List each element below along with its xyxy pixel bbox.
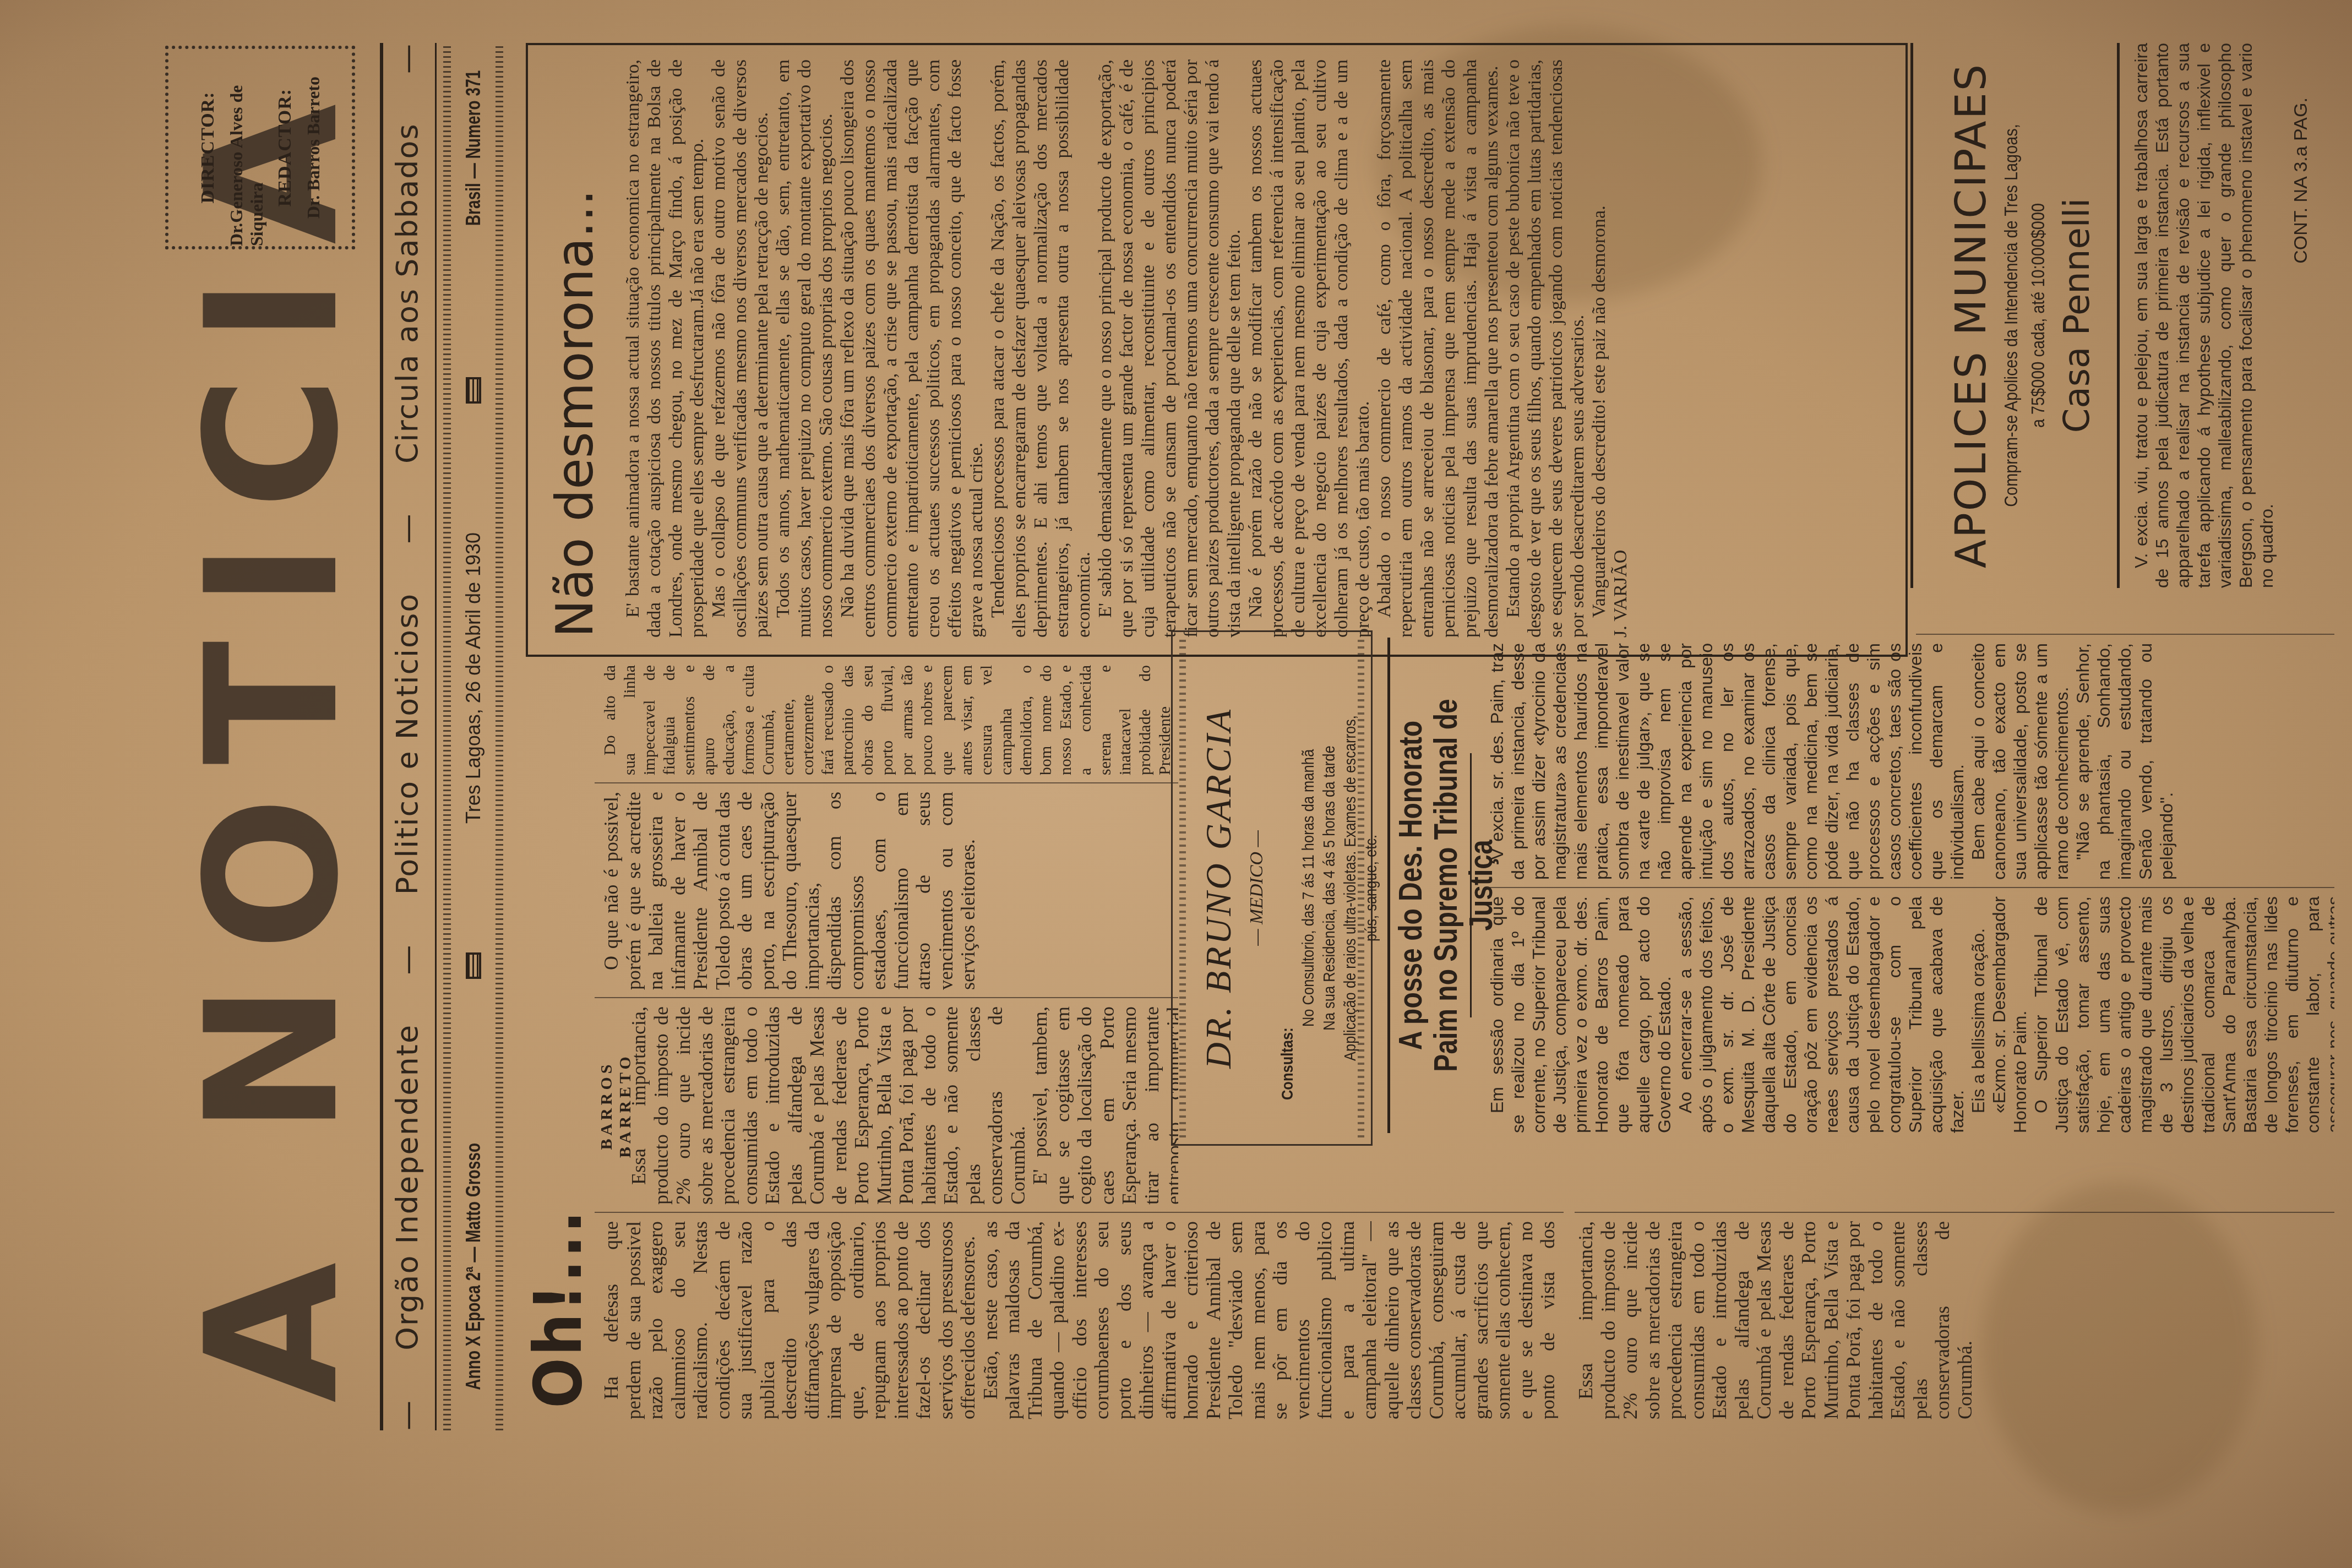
editor-label: REDACTOR:	[275, 89, 296, 206]
article-oh-column-1: Ha defesas que perdem de sua possivel ra…	[600, 1221, 1558, 1419]
masthead-rule-top	[380, 43, 383, 1430]
paragraph: Não ha duvida que mais fôra um reflexo d…	[837, 59, 987, 638]
masthead-rule-thin	[435, 43, 437, 1430]
masthead-title: A NOTICIA	[165, 258, 380, 1403]
paragraph: Ao encerrar-se a sessão, após o julgamen…	[1675, 896, 1968, 1133]
editor-name: Dr. Barros Barreto	[303, 77, 324, 219]
paragraph: V excia. sr. des. Paim, traz da primeira…	[1487, 643, 1968, 880]
rule	[1470, 753, 1472, 1017]
ad-doctor-name: DR. BRUNO GARCIA	[1198, 639, 1240, 1137]
paragraph: Essa importancia, producto do imposto de…	[1575, 1221, 1976, 1419]
edition-info: Anno X Epoca 2ª — Matto Grosso	[457, 1143, 490, 1390]
column-divider	[595, 997, 1178, 998]
article-oh-column-3: O que não é possivel, porém é que se acr…	[600, 792, 1173, 990]
article-nao-desmorona-headline: Não desmorona...	[545, 189, 606, 638]
masthead-subtitle: — Orgão Independente — Politico e Notici…	[385, 43, 429, 1430]
article-oh-headline: Oh!...	[526, 1208, 592, 1408]
ad-line: Na sua Residencia, das 4 ás 5 horas da t…	[1319, 676, 1340, 1100]
paragraph: Eis a bellissima oração.	[1968, 896, 1989, 1133]
paragraph: E' possivel, tambem, que se cogitasse em…	[1029, 1006, 1178, 1205]
paragraph: Em sessão ordinaria que se realizou no d…	[1487, 896, 1675, 1133]
article-oh-column-2: Essa importancia, producto do imposto de…	[628, 1006, 1178, 1205]
paragraph: V. excia. viu, tratou e pelejou, em sua …	[2131, 43, 2277, 588]
paragraph: Tendenciosos processos para atacar o che…	[987, 59, 1095, 638]
paragraph: Estando a propria Argentina com o seu ca…	[1502, 59, 1588, 638]
article-posse-headline: A posse do Des. Honorato Paim no Supremo…	[1393, 687, 1499, 1084]
column-divider	[595, 1212, 1564, 1213]
paragraph: Não é porém razão de não se modificar ta…	[1245, 59, 1374, 638]
ad-apolices-municipaes: APOLICES MUNICIPAES Compram-se Apolices …	[1910, 43, 2120, 588]
subtitle-independent: Orgão Independente	[385, 1024, 429, 1351]
paragraph: Vanguardeiros do descredito! este paiz n…	[1588, 59, 1610, 638]
flag-ornament-icon	[466, 952, 481, 979]
director-label: DIRECTOR:	[198, 92, 219, 204]
dash: —	[385, 513, 429, 543]
paragraph: Ha defesas que perdem de sua possivel ra…	[600, 1221, 979, 1419]
dash: —	[385, 1400, 429, 1430]
paragraph: Todos os annos, mathematicamente, ellas …	[772, 59, 837, 638]
paragraph: «Exmo. sr. Desembargador Honorato Paim.	[1989, 896, 2030, 1133]
paragraph: Do alto da sua linha impeccavel de fidal…	[600, 665, 1173, 775]
paragraph: O que não é possivel, porém é que se acr…	[600, 792, 979, 990]
subtitle-circulation: Circula aos Sabbados	[385, 123, 429, 464]
director-name: Dr.Generoso Alves de Siqueira	[226, 49, 267, 246]
rule	[1387, 638, 1390, 1133]
masthead-rule-hatched	[443, 43, 451, 1430]
paragraph: Estão, neste caso, as palavras maldosas …	[979, 1221, 1559, 1419]
column-divider	[595, 782, 1178, 783]
ad-doctor-role: — MEDICO —	[1246, 639, 1267, 1137]
paragraph: Essa importancia, producto do imposto de…	[628, 1006, 1029, 1205]
ad-dr-bruno-garcia: DR. BRUNO GARCIA — MEDICO — Consultas: N…	[1173, 632, 1371, 1144]
paragraph: Mas o collapso de que refazemos não fôra…	[708, 59, 772, 638]
ad-apolices-shop: Casa Pennelli	[2057, 43, 2098, 588]
paragraph: E' sabido demasiadamente que o nosso pri…	[1095, 59, 1245, 638]
column-divider	[1487, 887, 2334, 888]
ad-line: No Consultorio, das 7 ás 11 horas da man…	[1298, 676, 1319, 1100]
paragraph: Bem cabe aqui o conceito canoneano, tão …	[1968, 643, 2072, 880]
paragraph: E' bastante animadora a nossa actual sit…	[622, 59, 708, 638]
info-rule-hatched	[496, 43, 503, 1430]
continuation-note: CONT. NA 3.a PAG.	[2290, 59, 2312, 302]
issue-number: Brasil — Numero 371	[457, 70, 490, 226]
paragraph: Abalado o nosso commercio de café, como …	[1374, 59, 1502, 638]
staff-box: DIRECTOR: Dr.Generoso Alves de Siqueira …	[165, 46, 355, 249]
article-oh-column-4: Do alto da sua linha impeccavel de fidal…	[600, 665, 1173, 775]
place-date: Tres Lagoas, 26 de Abril de 1930	[457, 532, 490, 824]
paragraph: O Superior Tribunal de Justiça do Estado…	[2030, 896, 2334, 1133]
ad-apolices-title: APOLICES MUNICIPAES	[1946, 43, 1995, 588]
article-nao-desmorona-body: E' bastante animadora a nossa actual sit…	[622, 59, 1888, 638]
article-oh-continued: Essa importancia, producto do imposto de…	[1575, 1221, 2334, 1419]
newspaper-page: A NOTICIA DIRECTOR: Dr.Generoso Alves de…	[0, 0, 2352, 1568]
article-posse-column-2: V excia. sr. des. Paim, traz da primeira…	[1487, 643, 2334, 880]
article-posse-column-1: Em sessão ordinaria que se realizou no d…	[1487, 896, 2334, 1133]
paragraph: "Não se aprende, Senhor, na phantasia, S…	[2072, 643, 2177, 880]
column-divider	[1916, 634, 2334, 635]
issue-info-line: Anno X Epoca 2ª — Matto Grosso Tres Lago…	[457, 48, 490, 1425]
signature: J. VARJÃO	[1610, 59, 1631, 638]
dash: —	[385, 944, 429, 975]
dash: —	[385, 43, 429, 74]
subtitle-political: Politico e Noticioso	[385, 593, 429, 895]
article-posse-column-3: V. excia. viu, tratou e pelejou, em sua …	[2131, 43, 2285, 588]
ad-line: pús, sangue, etc.	[1361, 676, 1382, 1100]
ad-consult-label: Consultas:	[1277, 676, 1298, 1100]
column-divider	[1575, 1212, 2334, 1213]
ad-apolices-price: a 75$000 cada, até 10:000$000	[2028, 84, 2049, 547]
ad-line: Applicação de raios ultra-violetas. Exam…	[1340, 676, 1361, 1100]
ad-apolices-text: Compram-se Apolices da Intendencia de Tr…	[2001, 84, 2022, 547]
flag-ornament-icon	[466, 377, 481, 404]
